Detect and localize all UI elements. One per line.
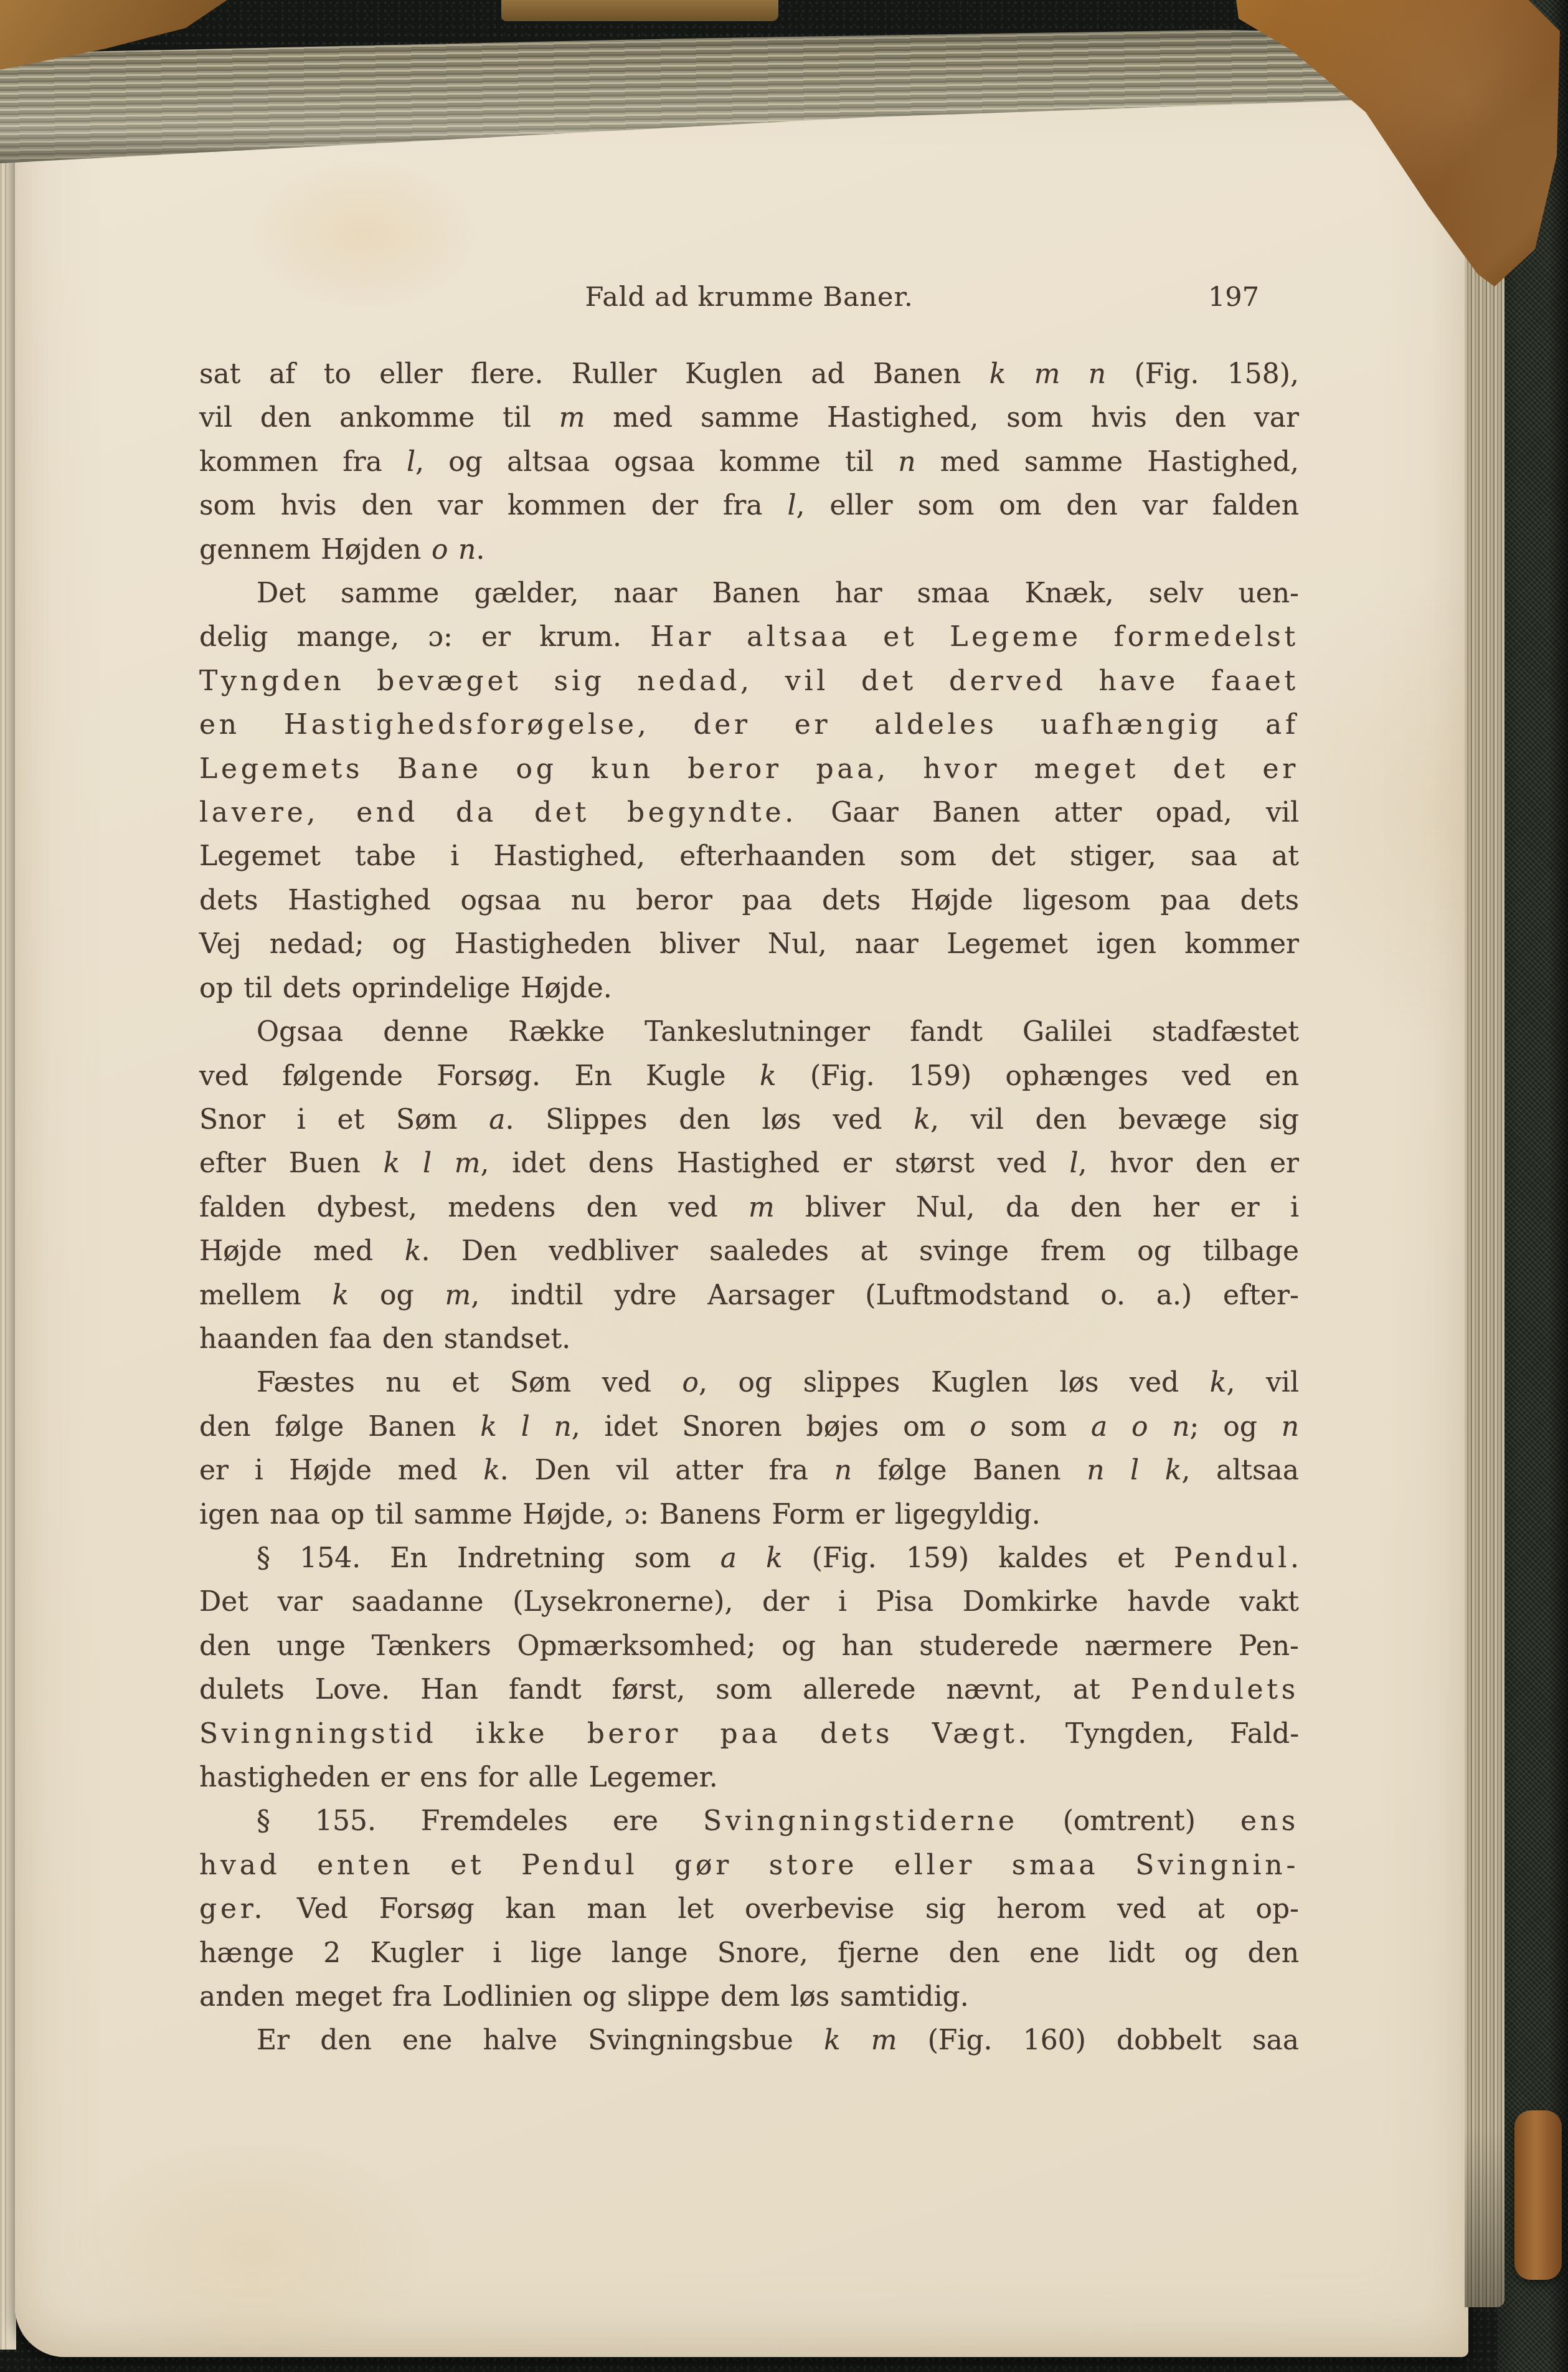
text-line: den følge Banen k l n, idet Snoren bøjes… [199,1405,1299,1449]
page-header-title: Fald ad krumme Baner. [199,282,1299,313]
text-line: dulets Love. Han fandt først, som allere… [199,1668,1299,1712]
text-line: efter Buen k l m, idet dens Hastighed er… [199,1142,1299,1185]
text-line: delig mange, ɔ: er krum. Har altsaa et L… [199,615,1299,659]
text-line: kommen fra l, og altsaa ogsaa komme til … [199,440,1299,484]
text-line: Ogsaa denne Række Tankeslutninger fandt … [199,1010,1299,1054]
text-line: som hvis den var kommen der fra l, eller… [199,484,1299,528]
text-line: Det samme gælder, naar Banen har smaa Kn… [199,572,1299,615]
book-cover-right [1497,0,1568,2372]
text-line: Det var saadanne (Lysekronerne), der i P… [199,1580,1299,1624]
text-line: Snor i et Søm a. Slippes den løs ved k, … [199,1098,1299,1142]
leather-spine-strip [1514,2110,1562,2280]
text-line: mellem k og m, indtil ydre Aarsager (Luf… [199,1274,1299,1317]
text-line: Er den ene halve Svingningsbue k m (Fig.… [199,2019,1299,2062]
text-line: vil den ankomme til m med samme Hastighe… [199,396,1299,440]
page-left-edge [0,67,16,2350]
text-line: hvad enten et Pendul gør store eller sma… [199,1844,1299,1887]
text-line: Legemets Bane og kun beror paa, hvor meg… [199,747,1299,791]
text-line: Legemet tabe i Hastighed, efterhaanden s… [199,835,1299,878]
text-line: § 155. Fremdeles ere Svingningstiderne (… [199,1800,1299,1843]
text-line: lavere, end da det begyndte. Gaar Banen … [199,791,1299,835]
page-fore-edge [1465,80,1504,2307]
text-line: en Hastighedsforøgelse, der er aldeles u… [199,703,1299,747]
text-line: Vej nedad; og Hastigheden bliver Nul, na… [199,923,1299,966]
text-line: hænge 2 Kugler i lige lange Snore, fjern… [199,1932,1299,1975]
text-line: den unge Tænkers Opmærksomhed; og han st… [199,1625,1299,1668]
text-line: hastigheden er ens for alle Legemer. [199,1756,1299,1800]
text-line: Højde med k. Den vedbliver saaledes at s… [199,1230,1299,1273]
text-body: sat af to eller flere. Ruller Kuglen ad … [199,353,1299,2063]
text-line: anden meget fra Lodlinien og slippe dem … [199,1975,1299,2019]
text-line: ger. Ved Forsøg kan man let overbevise s… [199,1887,1299,1931]
running-header: Fald ad krumme Baner. 197 [199,282,1299,325]
text-line: Svingningstid ikke beror paa dets Vægt. … [199,1712,1299,1756]
text-line: Tyngden bevæget sig nedad, vil det derve… [199,660,1299,703]
page-number: 197 [1208,282,1259,313]
text-line: sat af to eller flere. Ruller Kuglen ad … [199,353,1299,396]
book-page: Fald ad krumme Baner. 197 sat af to elle… [15,60,1468,2357]
text-line: er i Højde med k. Den vil atter fra n fø… [199,1449,1299,1492]
text-line: igen naa op til samme Højde, ɔ: Banens F… [199,1493,1299,1537]
text-line: op til dets oprindelige Højde. [199,967,1299,1010]
text-block: Fald ad krumme Baner. 197 sat af to elle… [199,282,1299,2063]
text-line: § 154. En Indretning som a k (Fig. 159) … [199,1537,1299,1580]
binding-strip [501,0,778,21]
text-line: ved følgende Forsøg. En Kugle k (Fig. 15… [199,1055,1299,1098]
text-line: dets Hastighed ogsaa nu beror paa dets H… [199,879,1299,923]
text-line: haanden faa den standset. [199,1317,1299,1361]
text-line: Fæstes nu et Søm ved o, og slippes Kugle… [199,1361,1299,1405]
text-line: gennem Højden o n. [199,528,1299,572]
text-line: falden dybest, medens den ved m bliver N… [199,1186,1299,1230]
book-photo: { "book": { "running_header": "Fald ad k… [0,0,1568,2372]
